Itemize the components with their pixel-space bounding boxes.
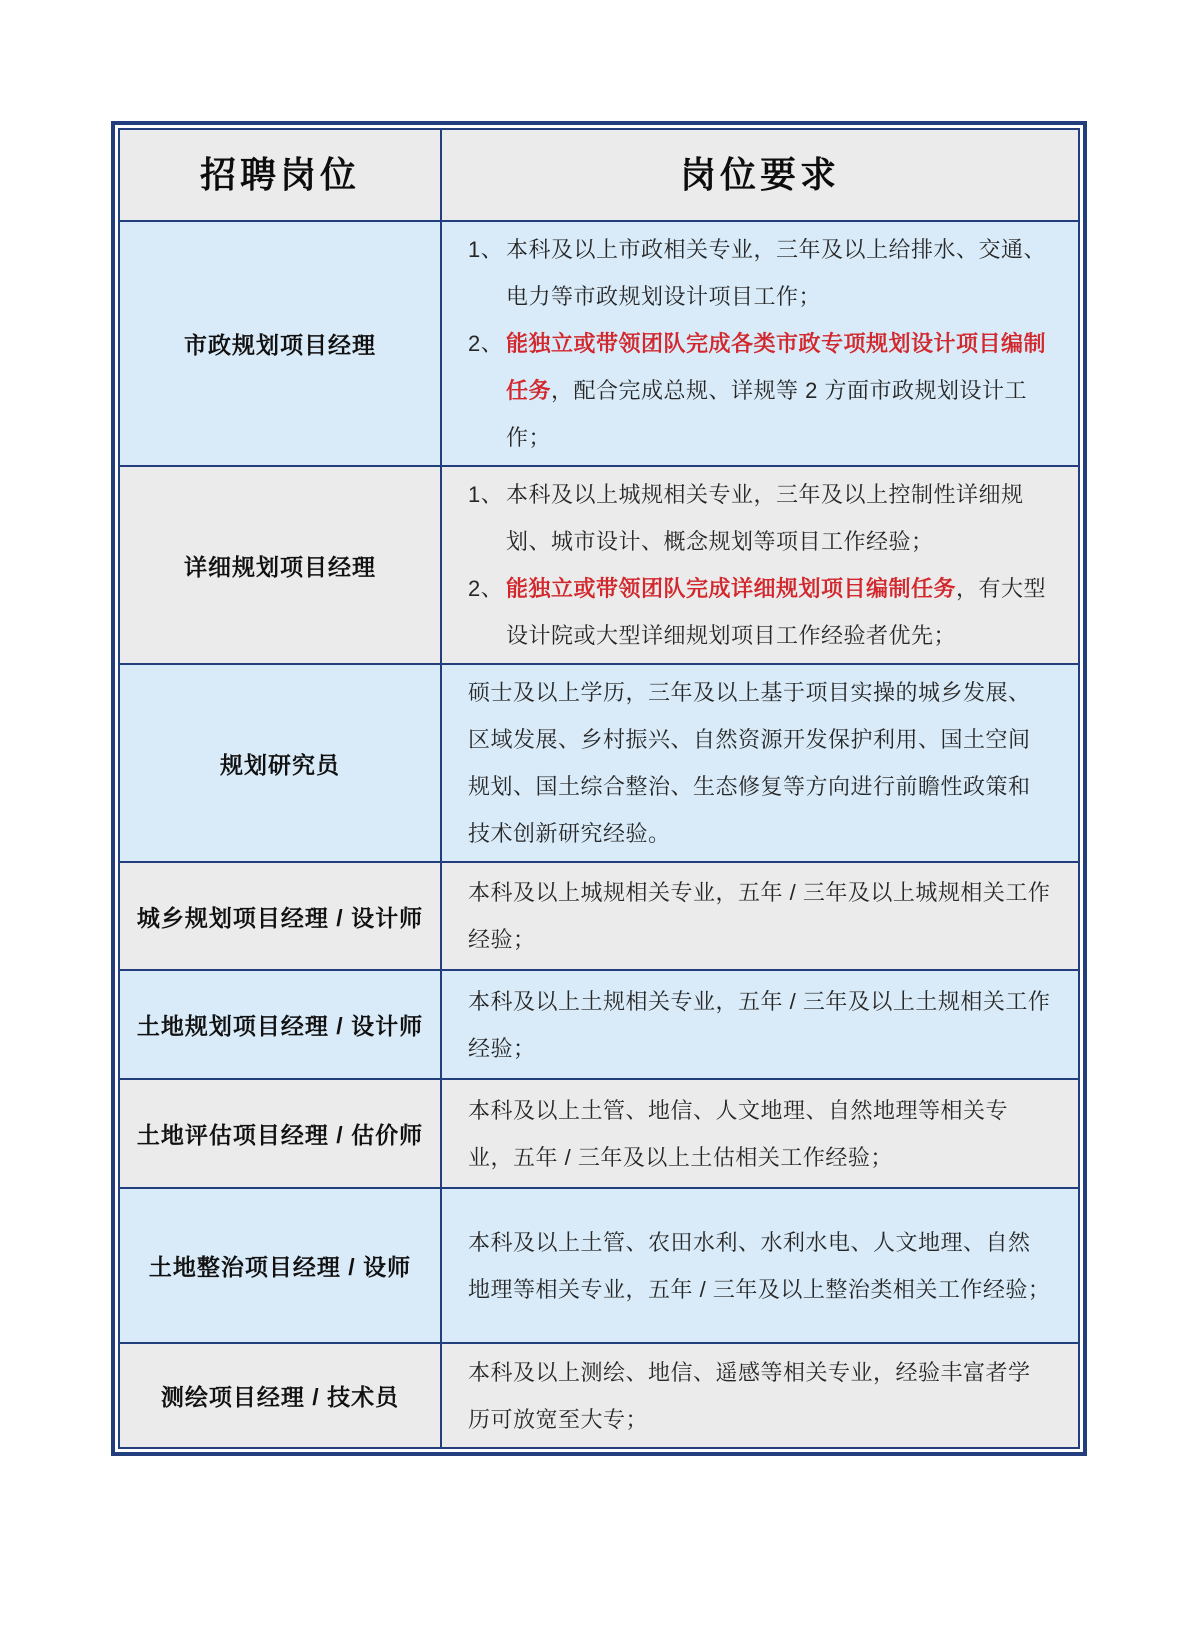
requirement-item: 本科及以上城规相关专业，五年 / 三年及以上城规相关工作经验； [468, 869, 1052, 963]
requirements-cell: 本科及以上土管、地信、人文地理、自然地理等相关专业，五年 / 三年及以上土估相关… [442, 1080, 1078, 1187]
requirement-text: 本科及以上土规相关专业，五年 / 三年及以上土规相关工作经验； [468, 978, 1052, 1072]
table-row: 土地整治项目经理 / 设师本科及以上土管、农田水利、水利水电、人文地理、自然地理… [120, 1187, 1078, 1342]
table-header-row: 招聘岗位 岗位要求 [120, 130, 1078, 220]
position-cell: 测绘项目经理 / 技术员 [120, 1344, 442, 1447]
table-row: 土地评估项目经理 / 估价师本科及以上土管、地信、人文地理、自然地理等相关专业，… [120, 1078, 1078, 1187]
plain-text: 本科及以上土管、农田水利、水利水电、人文地理、自然地理等相关专业，五年 / 三年… [468, 1230, 1050, 1302]
requirement-item: 2、能独立或带领团队完成详细规划项目编制任务，有大型设计院或大型详细规划项目工作… [468, 565, 1052, 659]
requirement-item: 2、能独立或带领团队完成各类市政专项规划设计项目编制任务，配合完成总规、详规等 … [468, 320, 1052, 461]
position-cell: 详细规划项目经理 [120, 467, 442, 663]
requirement-text: 本科及以上城规相关专业，五年 / 三年及以上城规相关工作经验； [468, 869, 1052, 963]
plain-text: 本科及以上土管、地信、人文地理、自然地理等相关专业，五年 / 三年及以上土估相关… [468, 1098, 1008, 1170]
plain-text: 硕士及以上学历，三年及以上基于项目实操的城乡发展、区域发展、乡村振兴、自然资源开… [468, 680, 1031, 846]
requirement-item: 本科及以上土管、农田水利、水利水电、人文地理、自然地理等相关专业，五年 / 三年… [468, 1219, 1052, 1313]
requirements-cell: 本科及以上土规相关专业，五年 / 三年及以上土规相关工作经验； [442, 971, 1078, 1078]
plain-text: 本科及以上土规相关专业，五年 / 三年及以上土规相关工作经验； [468, 989, 1050, 1061]
requirement-item: 本科及以上测绘、地信、遥感等相关专业，经验丰富者学历可放宽至大专； [468, 1349, 1052, 1443]
requirements-cell: 1、本科及以上城规相关专业，三年及以上控制性详细规划、城市设计、概念规划等项目工… [442, 467, 1078, 663]
position-cell: 土地整治项目经理 / 设师 [120, 1189, 442, 1342]
table-row: 市政规划项目经理1、本科及以上市政相关专业，三年及以上给排水、交通、电力等市政规… [120, 220, 1078, 465]
requirement-text: 能独立或带领团队完成详细规划项目编制任务，有大型设计院或大型详细规划项目工作经验… [506, 565, 1052, 659]
requirement-text: 本科及以上城规相关专业，三年及以上控制性详细规划、城市设计、概念规划等项目工作经… [506, 471, 1052, 565]
requirement-text: 本科及以上测绘、地信、遥感等相关专业，经验丰富者学历可放宽至大专； [468, 1349, 1052, 1443]
requirement-item: 本科及以上土管、地信、人文地理、自然地理等相关专业，五年 / 三年及以上土估相关… [468, 1087, 1052, 1181]
position-cell: 城乡规划项目经理 / 设计师 [120, 863, 442, 969]
table-row: 城乡规划项目经理 / 设计师本科及以上城规相关专业，五年 / 三年及以上城规相关… [120, 861, 1078, 969]
table-row: 土地规划项目经理 / 设计师本科及以上土规相关专业，五年 / 三年及以上土规相关… [120, 969, 1078, 1078]
requirement-item: 硕士及以上学历，三年及以上基于项目实操的城乡发展、区域发展、乡村振兴、自然资源开… [468, 669, 1052, 857]
plain-text: 本科及以上城规相关专业，五年 / 三年及以上城规相关工作经验； [468, 880, 1050, 952]
requirement-item: 1、本科及以上城规相关专业，三年及以上控制性详细规划、城市设计、概念规划等项目工… [468, 471, 1052, 565]
requirements-cell: 1、本科及以上市政相关专业，三年及以上给排水、交通、电力等市政规划设计项目工作；… [442, 222, 1078, 465]
requirement-number: 2、 [468, 565, 506, 612]
position-cell: 土地规划项目经理 / 设计师 [120, 971, 442, 1078]
table-row: 测绘项目经理 / 技术员本科及以上测绘、地信、遥感等相关专业，经验丰富者学历可放… [120, 1342, 1078, 1447]
header-cell-position: 招聘岗位 [120, 130, 442, 220]
requirement-number: 1、 [468, 471, 506, 518]
requirement-text: 本科及以上市政相关专业，三年及以上给排水、交通、电力等市政规划设计项目工作； [506, 226, 1052, 320]
requirement-text: 本科及以上土管、农田水利、水利水电、人文地理、自然地理等相关专业，五年 / 三年… [468, 1219, 1052, 1313]
requirement-number: 1、 [468, 226, 506, 273]
position-cell: 土地评估项目经理 / 估价师 [120, 1080, 442, 1187]
requirement-item: 本科及以上土规相关专业，五年 / 三年及以上土规相关工作经验； [468, 978, 1052, 1072]
requirements-cell: 本科及以上测绘、地信、遥感等相关专业，经验丰富者学历可放宽至大专； [442, 1344, 1078, 1447]
requirement-text: 本科及以上土管、地信、人文地理、自然地理等相关专业，五年 / 三年及以上土估相关… [468, 1087, 1052, 1181]
table-row: 详细规划项目经理1、本科及以上城规相关专业，三年及以上控制性详细规划、城市设计、… [120, 465, 1078, 663]
requirements-cell: 本科及以上城规相关专业，五年 / 三年及以上城规相关工作经验； [442, 863, 1078, 969]
requirement-text: 能独立或带领团队完成各类市政专项规划设计项目编制任务，配合完成总规、详规等 2 … [506, 320, 1052, 461]
plain-text: 本科及以上市政相关专业，三年及以上给排水、交通、电力等市政规划设计项目工作； [506, 237, 1046, 309]
requirements-cell: 本科及以上土管、农田水利、水利水电、人文地理、自然地理等相关专业，五年 / 三年… [442, 1189, 1078, 1342]
position-cell: 市政规划项目经理 [120, 222, 442, 465]
header-cell-requirements: 岗位要求 [442, 130, 1078, 220]
plain-text: 本科及以上城规相关专业，三年及以上控制性详细规划、城市设计、概念规划等项目工作经… [506, 482, 1024, 554]
table-row: 规划研究员硕士及以上学历，三年及以上基于项目实操的城乡发展、区域发展、乡村振兴、… [120, 663, 1078, 861]
requirement-item: 1、本科及以上市政相关专业，三年及以上给排水、交通、电力等市政规划设计项目工作； [468, 226, 1052, 320]
recruitment-table-inner: 招聘岗位 岗位要求 市政规划项目经理1、本科及以上市政相关专业，三年及以上给排水… [118, 128, 1080, 1449]
plain-text: 本科及以上测绘、地信、遥感等相关专业，经验丰富者学历可放宽至大专； [468, 1360, 1031, 1432]
recruitment-table: 招聘岗位 岗位要求 市政规划项目经理1、本科及以上市政相关专业，三年及以上给排水… [111, 121, 1087, 1456]
requirement-text: 硕士及以上学历，三年及以上基于项目实操的城乡发展、区域发展、乡村振兴、自然资源开… [468, 669, 1052, 857]
requirements-cell: 硕士及以上学历，三年及以上基于项目实操的城乡发展、区域发展、乡村振兴、自然资源开… [442, 665, 1078, 861]
position-cell: 规划研究员 [120, 665, 442, 861]
requirement-number: 2、 [468, 320, 506, 367]
highlighted-text: 能独立或带领团队完成详细规划项目编制任务 [506, 576, 956, 601]
plain-text: ，配合完成总规、详规等 2 方面市政规划设计工作； [506, 378, 1027, 450]
